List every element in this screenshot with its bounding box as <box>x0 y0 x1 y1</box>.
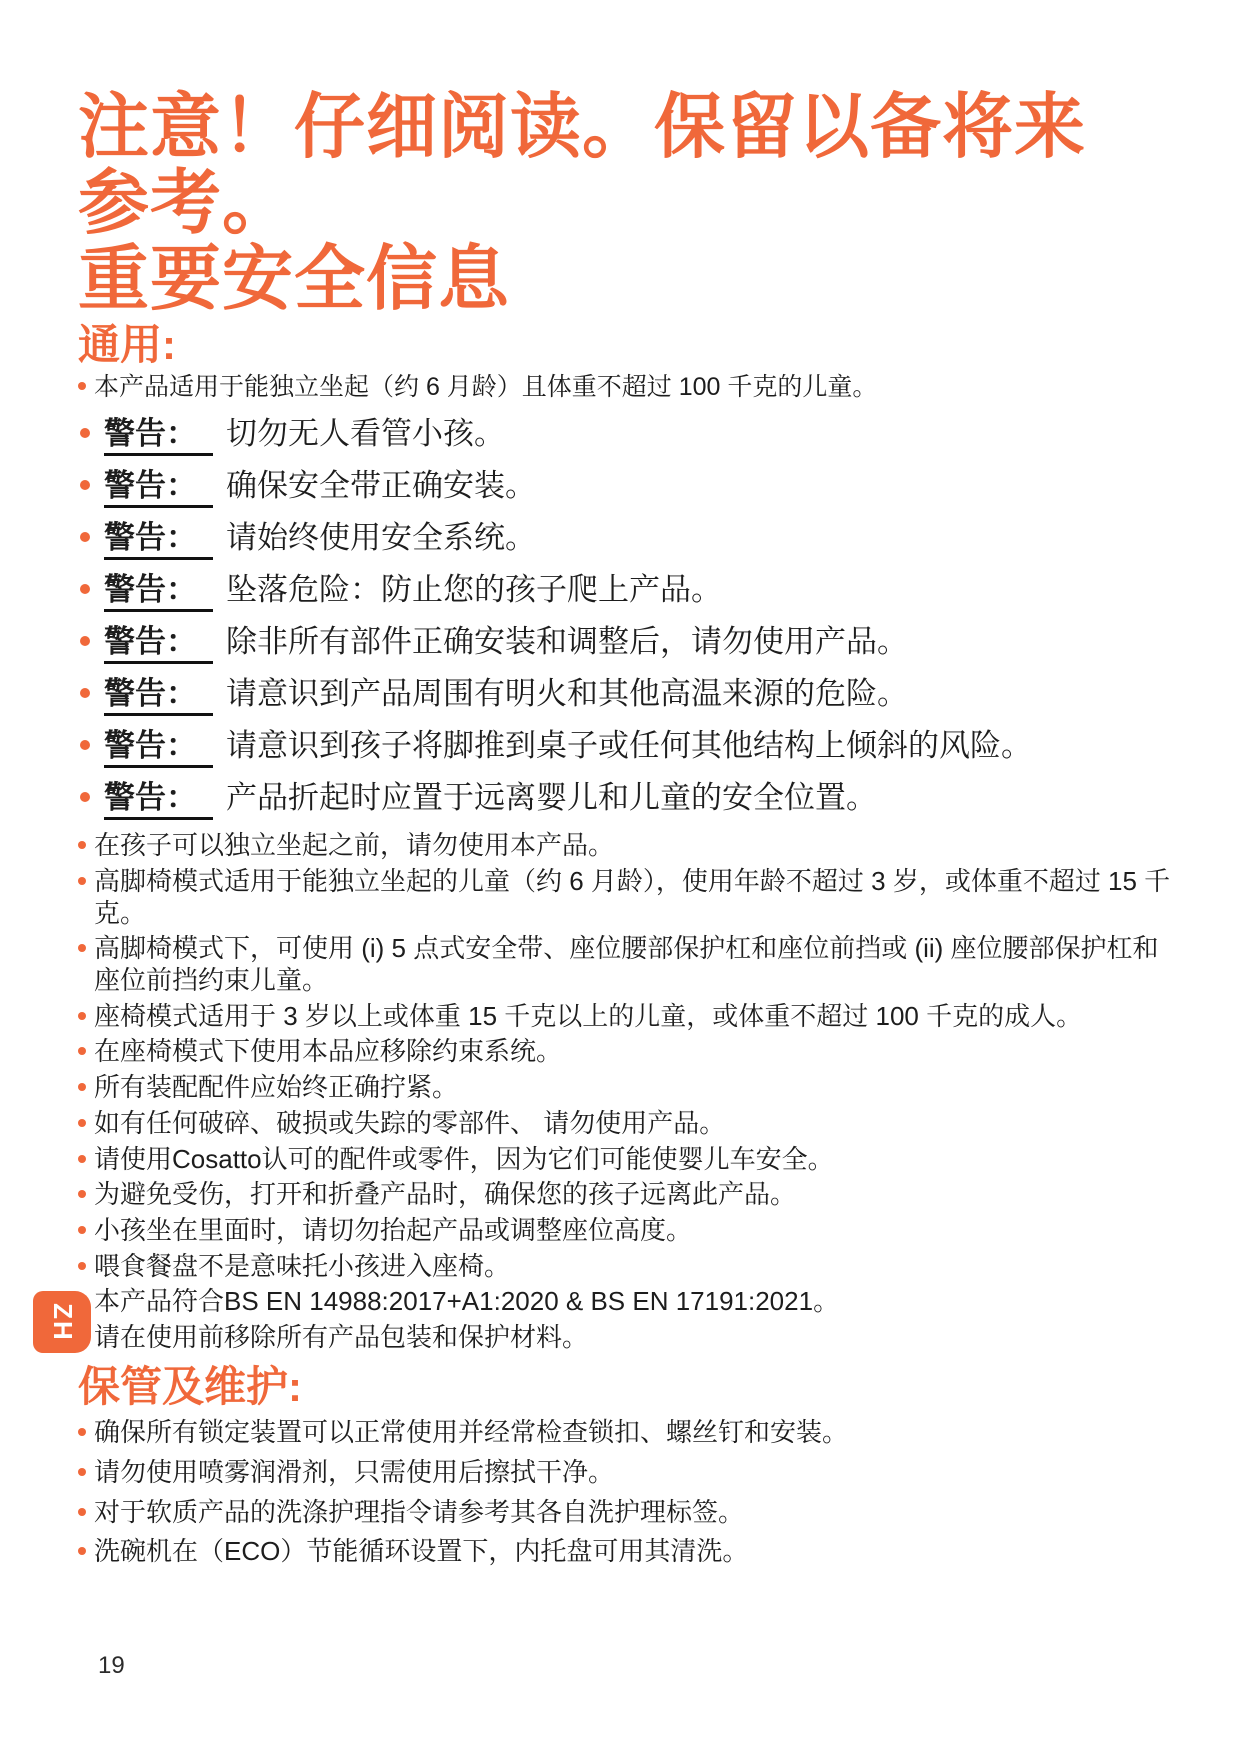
bullet-icon <box>78 877 86 885</box>
warning-label: 警告： <box>104 414 213 456</box>
list-item: 请使用Cosatto认可的配件或零件，因为它们可能使婴儿车安全。 <box>78 1144 1177 1176</box>
warning-item: 警告： 除非所有部件正确安装和调整后，请勿使用产品。 <box>78 622 1177 664</box>
bullet-icon <box>78 1119 86 1127</box>
warning-item: 警告： 请意识到产品周围有明火和其他高温来源的危险。 <box>78 674 1177 716</box>
language-tab-zh: ZH <box>33 1291 91 1353</box>
bullet-icon <box>80 480 90 490</box>
list-item-text: 在座椅模式下使用本品应移除约束系统。 <box>94 1036 562 1068</box>
list-item-text: 确保所有锁定装置可以正常使用并经常检查锁扣、螺丝钉和安装。 <box>94 1417 848 1449</box>
warning-text: 除非所有部件正确安装和调整后，请勿使用产品。 <box>226 622 908 661</box>
warning-label: 警告： <box>104 726 213 768</box>
list-item: 对于软质产品的洗涤护理指令请参考其各自洗护理标签。 <box>78 1497 1177 1529</box>
warning-text: 坠落危险：防止您的孩子爬上产品。 <box>226 570 722 609</box>
bullet-icon <box>78 1428 86 1436</box>
maintenance-bullet-list: 确保所有锁定装置可以正常使用并经常检查锁扣、螺丝钉和安装。 请勿使用喷雾润滑剂，… <box>78 1417 1177 1568</box>
manual-page: 注意！仔细阅读。保留以备将来 参考。 重要安全信息 通用: 本产品适用于能独立坐… <box>0 0 1241 1754</box>
list-item-text: 所有装配配件应始终正确拧紧。 <box>94 1072 458 1104</box>
general-bullet-list: 在孩子可以独立坐起之前，请勿使用本产品。 高脚椅模式适用于能独立坐起的儿童（约 … <box>78 830 1177 1354</box>
list-item-text: 高脚椅模式适用于能独立坐起的儿童（约 6 月龄），使用年龄不超过 3 岁，或体重… <box>94 866 1177 929</box>
warning-item: 警告： 确保安全带正确安装。 <box>78 466 1177 508</box>
bullet-icon <box>78 1226 86 1234</box>
list-item: 洗碗机在（ECO）节能循环设置下，内托盘可用其清洗。 <box>78 1536 1177 1568</box>
list-item-text: 在孩子可以独立坐起之前，请勿使用本产品。 <box>94 830 614 862</box>
list-item: 请在使用前移除所有产品包装和保护材料。 <box>78 1322 1177 1354</box>
bullet-icon <box>78 1547 86 1555</box>
bullet-icon <box>78 1155 86 1163</box>
list-item-text: 座椅模式适用于 3 岁以上或体重 15 千克以上的儿童，或体重不超过 100 千… <box>94 1001 1082 1033</box>
warning-text: 切勿无人看管小孩。 <box>226 414 505 453</box>
list-item-text: 请在使用前移除所有产品包装和保护材料。 <box>94 1322 588 1354</box>
language-tab-label: ZH <box>46 1303 77 1342</box>
warning-list: 警告： 切勿无人看管小孩。 警告： 确保安全带正确安装。 警告： 请始终使用安全… <box>78 414 1177 820</box>
list-item-text: 对于软质产品的洗涤护理指令请参考其各自洗护理标签。 <box>94 1497 744 1529</box>
bullet-icon <box>80 428 90 438</box>
title-line-2: 参考。 <box>78 164 294 243</box>
warning-text: 请意识到孩子将脚推到桌子或任何其他结构上倾斜的风险。 <box>226 726 1032 765</box>
list-item-text: 本产品符合BS EN 14988:2017+A1:2020 & BS EN 17… <box>94 1286 839 1318</box>
section-heading-maintenance: 保管及维护: <box>78 1364 1177 1409</box>
bullet-icon <box>78 841 86 849</box>
title-line-1: 注意！仔细阅读。保留以备将来 <box>78 88 1086 167</box>
bullet-icon <box>80 636 90 646</box>
warning-label: 警告： <box>104 674 213 716</box>
warning-item: 警告： 请意识到孩子将脚推到桌子或任何其他结构上倾斜的风险。 <box>78 726 1177 768</box>
list-item: 高脚椅模式适用于能独立坐起的儿童（约 6 月龄），使用年龄不超过 3 岁，或体重… <box>78 866 1177 929</box>
bullet-icon <box>80 532 90 542</box>
bullet-icon <box>78 1262 86 1270</box>
warning-label: 警告： <box>104 570 213 612</box>
list-item-text: 本产品适用于能独立坐起（约 6 月龄）且体重不超过 100 千克的儿童。 <box>94 371 877 404</box>
list-item-text: 请勿使用喷雾润滑剂，只需使用后擦拭干净。 <box>94 1457 614 1489</box>
warning-text: 确保安全带正确安装。 <box>226 466 536 505</box>
bullet-icon <box>78 1012 86 1020</box>
list-item: 在座椅模式下使用本品应移除约束系统。 <box>78 1036 1177 1068</box>
bullet-icon <box>78 1047 86 1055</box>
bullet-icon <box>78 944 86 952</box>
list-item: 本产品符合BS EN 14988:2017+A1:2020 & BS EN 17… <box>78 1286 1177 1318</box>
warning-label: 警告： <box>104 518 213 560</box>
general-intro-list: 本产品适用于能独立坐起（约 6 月龄）且体重不超过 100 千克的儿童。 <box>78 371 1177 404</box>
list-item-text: 洗碗机在（ECO）节能循环设置下，内托盘可用其清洗。 <box>94 1536 748 1568</box>
bullet-icon <box>80 740 90 750</box>
list-item-text: 喂食餐盘不是意味托小孩进入座椅。 <box>94 1251 510 1283</box>
warning-label: 警告： <box>104 466 213 508</box>
warning-text: 产品折起时应置于远离婴儿和儿童的安全位置。 <box>226 778 877 817</box>
list-item: 喂食餐盘不是意味托小孩进入座椅。 <box>78 1251 1177 1283</box>
list-item: 在孩子可以独立坐起之前，请勿使用本产品。 <box>78 830 1177 862</box>
page-title: 注意！仔细阅读。保留以备将来 参考。 <box>78 90 1177 242</box>
section-heading-general: 通用: <box>78 322 1177 367</box>
page-content: 注意！仔细阅读。保留以备将来 参考。 重要安全信息 通用: 本产品适用于能独立坐… <box>0 0 1241 1568</box>
warning-item: 警告： 坠落危险：防止您的孩子爬上产品。 <box>78 570 1177 612</box>
list-item: 所有装配配件应始终正确拧紧。 <box>78 1072 1177 1104</box>
list-item: 为避免受伤，打开和折叠产品时，确保您的孩子远离此产品。 <box>78 1179 1177 1211</box>
list-item: 高脚椅模式下，可使用 (i) 5 点式安全带、座位腰部保护杠和座位前挡或 (ii… <box>78 933 1177 996</box>
list-item-text: 请使用Cosatto认可的配件或零件，因为它们可能使婴儿车安全。 <box>94 1144 834 1176</box>
bullet-icon <box>78 1083 86 1091</box>
warning-text: 请始终使用安全系统。 <box>226 518 536 557</box>
list-item-text: 为避免受伤，打开和折叠产品时，确保您的孩子远离此产品。 <box>94 1179 796 1211</box>
bullet-icon <box>78 1468 86 1476</box>
list-item: 小孩坐在里面时，请切勿抬起产品或调整座位高度。 <box>78 1215 1177 1247</box>
list-item: 座椅模式适用于 3 岁以上或体重 15 千克以上的儿童，或体重不超过 100 千… <box>78 1001 1177 1033</box>
warning-label: 警告： <box>104 778 213 820</box>
list-item-text: 如有任何破碎、破损或失踪的零部件、 请勿使用产品。 <box>94 1108 725 1140</box>
warning-text: 请意识到产品周围有明火和其他高温来源的危险。 <box>226 674 908 713</box>
bullet-icon <box>80 584 90 594</box>
warning-item: 警告： 切勿无人看管小孩。 <box>78 414 1177 456</box>
list-item-text: 高脚椅模式下，可使用 (i) 5 点式安全带、座位腰部保护杠和座位前挡或 (ii… <box>94 933 1177 996</box>
bullet-icon <box>80 792 90 802</box>
page-subtitle: 重要安全信息 <box>78 242 1177 318</box>
list-item: 如有任何破碎、破损或失踪的零部件、 请勿使用产品。 <box>78 1108 1177 1140</box>
bullet-icon <box>78 1190 86 1198</box>
list-item-text: 小孩坐在里面时，请切勿抬起产品或调整座位高度。 <box>94 1215 692 1247</box>
list-item: 请勿使用喷雾润滑剂，只需使用后擦拭干净。 <box>78 1457 1177 1489</box>
page-number: 19 <box>98 1652 125 1680</box>
bullet-icon <box>78 1508 86 1516</box>
list-item: 本产品适用于能独立坐起（约 6 月龄）且体重不超过 100 千克的儿童。 <box>78 371 1177 404</box>
bullet-icon <box>78 382 86 390</box>
warning-item: 警告： 请始终使用安全系统。 <box>78 518 1177 560</box>
warning-item: 警告： 产品折起时应置于远离婴儿和儿童的安全位置。 <box>78 778 1177 820</box>
bullet-icon <box>80 688 90 698</box>
warning-label: 警告： <box>104 622 213 664</box>
list-item: 确保所有锁定装置可以正常使用并经常检查锁扣、螺丝钉和安装。 <box>78 1417 1177 1449</box>
